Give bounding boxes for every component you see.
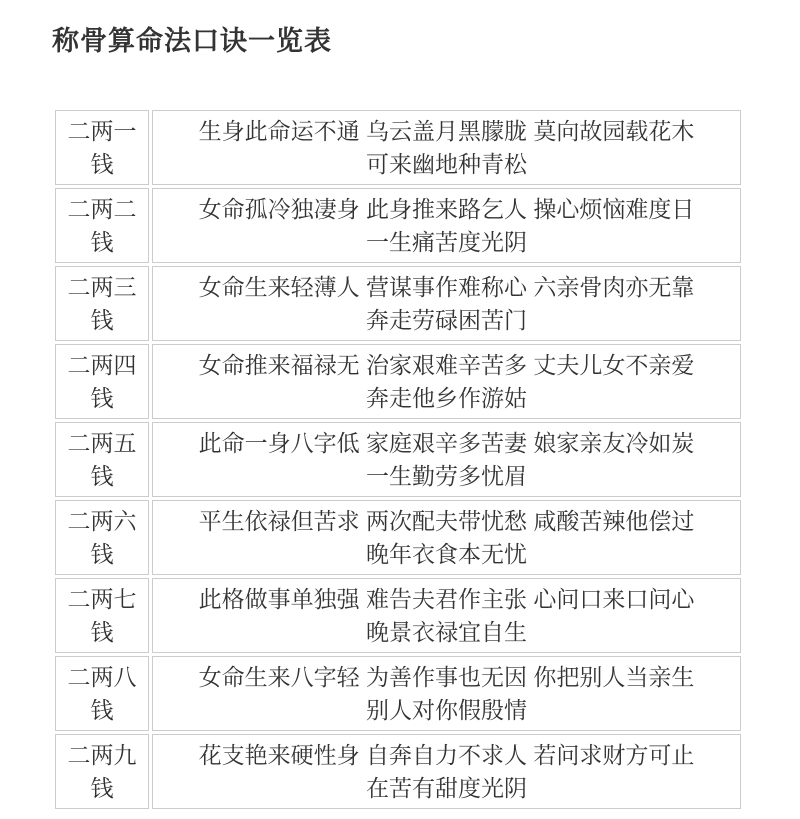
verse-line-1: 女命生来轻薄人 营谋事作难称心 六亲骨肉亦无靠 xyxy=(155,271,738,304)
weight-line-2: 钱 xyxy=(58,772,146,805)
weight-line-2: 钱 xyxy=(58,616,146,649)
table-row: 二两四 钱 女命推来福禄无 治家艰难辛苦多 丈夫儿女不亲爱 奔走他乡作游姑 xyxy=(55,344,741,419)
table-row: 二两七 钱 此格做事单独强 难告夫君作主张 心问口来口问心 晚景衣禄宜自生 xyxy=(55,578,741,653)
weight-cell: 二两六 钱 xyxy=(55,500,149,575)
page-title: 称骨算命法口诀一览表 xyxy=(52,24,800,58)
weight-line-2: 钱 xyxy=(58,226,146,259)
weight-line-1: 二两八 xyxy=(58,661,146,694)
weight-line-1: 二两七 xyxy=(58,583,146,616)
table-row: 二两三 钱 女命生来轻薄人 营谋事作难称心 六亲骨肉亦无靠 奔走劳碌困苦门 xyxy=(55,266,741,341)
table-row: 二两二 钱 女命孤冷独凄身 此身推来路乞人 操心烦恼难度日 一生痛苦度光阴 xyxy=(55,188,741,263)
weight-line-2: 钱 xyxy=(58,148,146,181)
verse-line-1: 女命孤冷独凄身 此身推来路乞人 操心烦恼难度日 xyxy=(155,193,738,226)
verse-line-2: 奔走他乡作游姑 xyxy=(155,382,738,415)
table-row: 二两六 钱 平生依禄但苦求 两次配夫带忧愁 咸酸苦辣他偿过 晚年衣食本无忧 xyxy=(55,500,741,575)
weight-line-1: 二两五 xyxy=(58,427,146,460)
weight-line-2: 钱 xyxy=(58,694,146,727)
weight-cell: 二两四 钱 xyxy=(55,344,149,419)
verse-line-2: 晚景衣禄宜自生 xyxy=(155,616,738,649)
verse-line-2: 在苦有甜度光阴 xyxy=(155,772,738,805)
weight-line-2: 钱 xyxy=(58,460,146,493)
verse-cell: 此命一身八字低 家庭艰辛多苦妻 娘家亲友冷如炭 一生勤劳多忧眉 xyxy=(152,422,741,497)
verse-line-2: 一生勤劳多忧眉 xyxy=(155,460,738,493)
verse-cell: 平生依禄但苦求 两次配夫带忧愁 咸酸苦辣他偿过 晚年衣食本无忧 xyxy=(152,500,741,575)
weight-cell: 二两八 钱 xyxy=(55,656,149,731)
verse-cell: 女命生来轻薄人 营谋事作难称心 六亲骨肉亦无靠 奔走劳碌困苦门 xyxy=(152,266,741,341)
weight-cell: 二两一 钱 xyxy=(55,110,149,185)
weight-cell: 二两七 钱 xyxy=(55,578,149,653)
page: 称骨算命法口诀一览表 二两一 钱 生身此命运不通 乌云盖月黑朦胧 莫向故园载花木… xyxy=(0,0,800,819)
verse-line-1: 此格做事单独强 难告夫君作主张 心问口来口问心 xyxy=(155,583,738,616)
verse-line-2: 一生痛苦度光阴 xyxy=(155,226,738,259)
verse-cell: 女命推来福禄无 治家艰难辛苦多 丈夫儿女不亲爱 奔走他乡作游姑 xyxy=(152,344,741,419)
verse-line-2: 奔走劳碌困苦门 xyxy=(155,304,738,337)
weight-cell: 二两二 钱 xyxy=(55,188,149,263)
oracle-verse-table: 二两一 钱 生身此命运不通 乌云盖月黑朦胧 莫向故园载花木 可来幽地种青松 二两… xyxy=(52,107,744,812)
weight-line-2: 钱 xyxy=(58,538,146,571)
table-body: 二两一 钱 生身此命运不通 乌云盖月黑朦胧 莫向故园载花木 可来幽地种青松 二两… xyxy=(55,110,741,809)
weight-cell: 二两五 钱 xyxy=(55,422,149,497)
verse-line-1: 花支艳来硬性身 自奔自力不求人 若问求财方可止 xyxy=(155,739,738,772)
weight-line-2: 钱 xyxy=(58,382,146,415)
weight-line-1: 二两四 xyxy=(58,349,146,382)
verse-line-2: 可来幽地种青松 xyxy=(155,148,738,181)
weight-line-2: 钱 xyxy=(58,304,146,337)
weight-line-1: 二两二 xyxy=(58,193,146,226)
weight-line-1: 二两三 xyxy=(58,271,146,304)
weight-cell: 二两三 钱 xyxy=(55,266,149,341)
verse-cell: 此格做事单独强 难告夫君作主张 心问口来口问心 晚景衣禄宜自生 xyxy=(152,578,741,653)
verse-cell: 花支艳来硬性身 自奔自力不求人 若问求财方可止 在苦有甜度光阴 xyxy=(152,734,741,809)
verse-line-1: 此命一身八字低 家庭艰辛多苦妻 娘家亲友冷如炭 xyxy=(155,427,738,460)
verse-line-1: 女命推来福禄无 治家艰难辛苦多 丈夫儿女不亲爱 xyxy=(155,349,738,382)
weight-line-1: 二两九 xyxy=(58,739,146,772)
table-row: 二两五 钱 此命一身八字低 家庭艰辛多苦妻 娘家亲友冷如炭 一生勤劳多忧眉 xyxy=(55,422,741,497)
verse-line-1: 生身此命运不通 乌云盖月黑朦胧 莫向故园载花木 xyxy=(155,115,738,148)
verse-line-1: 平生依禄但苦求 两次配夫带忧愁 咸酸苦辣他偿过 xyxy=(155,505,738,538)
table-row: 二两一 钱 生身此命运不通 乌云盖月黑朦胧 莫向故园载花木 可来幽地种青松 xyxy=(55,110,741,185)
weight-line-1: 二两一 xyxy=(58,115,146,148)
weight-cell: 二两九 钱 xyxy=(55,734,149,809)
verse-line-1: 女命生来八字轻 为善作事也无因 你把别人当亲生 xyxy=(155,661,738,694)
verse-cell: 生身此命运不通 乌云盖月黑朦胧 莫向故园载花木 可来幽地种青松 xyxy=(152,110,741,185)
verse-line-2: 别人对你假殷情 xyxy=(155,694,738,727)
verse-cell: 女命生来八字轻 为善作事也无因 你把别人当亲生 别人对你假殷情 xyxy=(152,656,741,731)
weight-line-1: 二两六 xyxy=(58,505,146,538)
table-row: 二两九 钱 花支艳来硬性身 自奔自力不求人 若问求财方可止 在苦有甜度光阴 xyxy=(55,734,741,809)
table-row: 二两八 钱 女命生来八字轻 为善作事也无因 你把别人当亲生 别人对你假殷情 xyxy=(55,656,741,731)
verse-line-2: 晚年衣食本无忧 xyxy=(155,538,738,571)
verse-cell: 女命孤冷独凄身 此身推来路乞人 操心烦恼难度日 一生痛苦度光阴 xyxy=(152,188,741,263)
